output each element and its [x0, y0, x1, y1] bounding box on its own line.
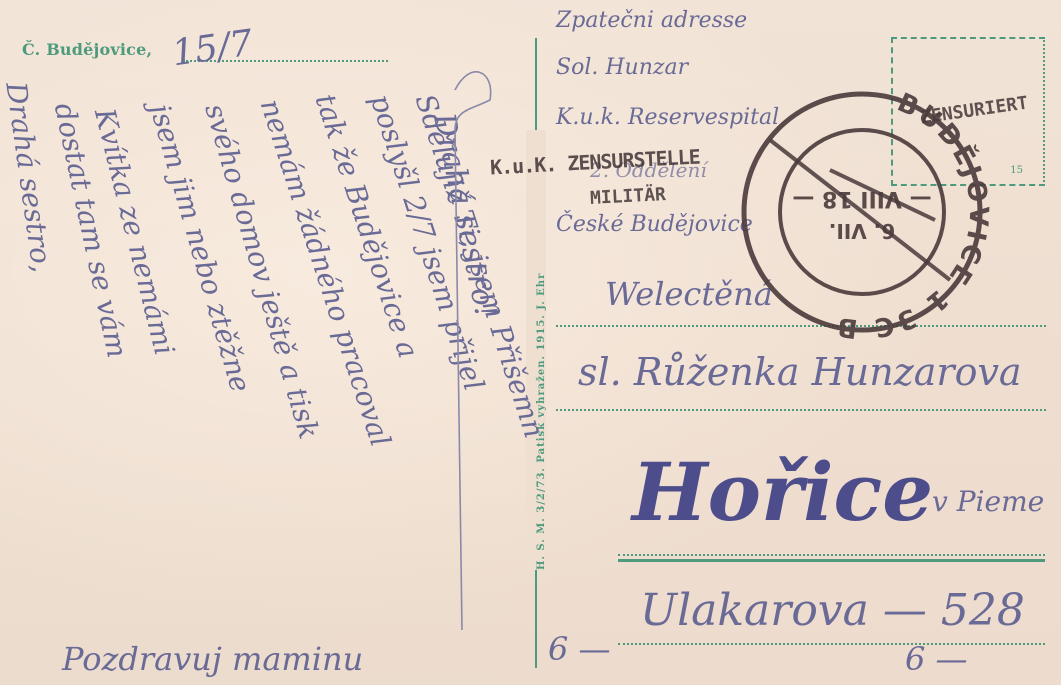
town-underline: [618, 559, 1045, 562]
sender-line-3: K.u.k. Reservespital: [556, 105, 779, 130]
address-line-4: [618, 643, 1045, 645]
censor-stamp-line-2: MILITÄR: [590, 184, 667, 209]
printed-place-label: Č. Budějovice,: [22, 40, 152, 59]
address-line-3: [618, 554, 1045, 556]
message-closing: Pozdravuj maminu: [62, 640, 363, 678]
stamp-box-label: 15: [1010, 165, 1023, 176]
bottom-sorting-mark: 6 —: [905, 640, 968, 678]
left-sorting-mark: 6 —: [548, 630, 611, 668]
postcard-back: Č. Budějovice, H. S. M. 3/2/73. Patisk v…: [0, 0, 1061, 685]
svg-text:— VIII 18 —: — VIII 18 —: [792, 186, 931, 211]
sender-line-1: Zpatečni adresse: [556, 8, 747, 33]
address-recipient-name: sl. Růženka Hunzarova: [578, 350, 1022, 394]
address-salutation: Welectěná: [605, 275, 773, 313]
address-line-2: [556, 409, 1046, 411]
sender-line-5: České Budějovice: [556, 212, 753, 237]
svg-text:6. VII.: 6. VII.: [829, 219, 895, 243]
sender-line-2: Sol. Hunzar: [556, 55, 688, 80]
handwritten-date: 15/7: [170, 23, 256, 75]
address-street: Ulakarova — 528: [640, 585, 1025, 636]
address-town: Hořice: [632, 445, 933, 539]
address-district-note: v Pieme: [932, 485, 1044, 518]
address-line-1: [556, 325, 1046, 327]
